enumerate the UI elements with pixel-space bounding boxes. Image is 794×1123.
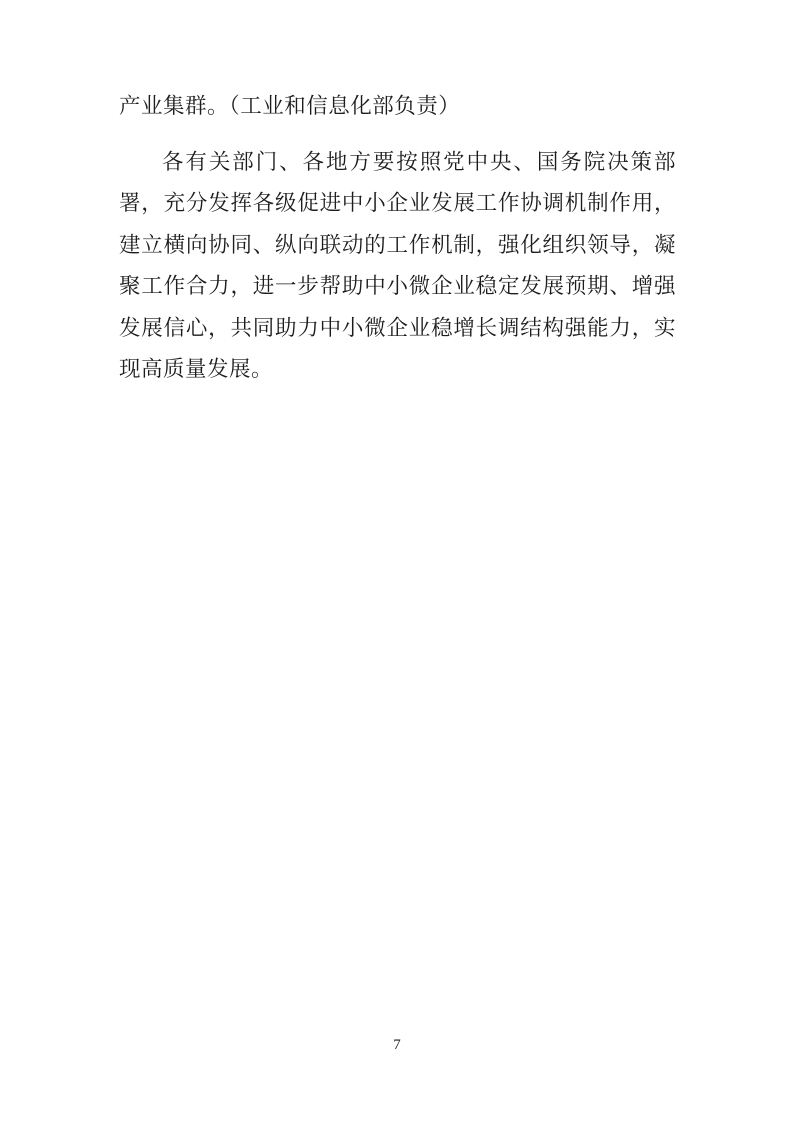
paragraph-continuation: 产业集群。（工业和信息化部负责） (119, 86, 676, 128)
document-page: 产业集群。（工业和信息化部负责） 各有关部门、各地方要按照党中央、国务院决策部署… (0, 0, 794, 1123)
page-footer: 7 (0, 1036, 794, 1054)
page-number: 7 (393, 1037, 401, 1053)
body-text: 产业集群。（工业和信息化部负责） 各有关部门、各地方要按照党中央、国务院决策部署… (119, 86, 676, 391)
paragraph-closing: 各有关部门、各地方要按照党中央、国务院决策部署，充分发挥各级促进中小企业发展工作… (119, 142, 676, 391)
